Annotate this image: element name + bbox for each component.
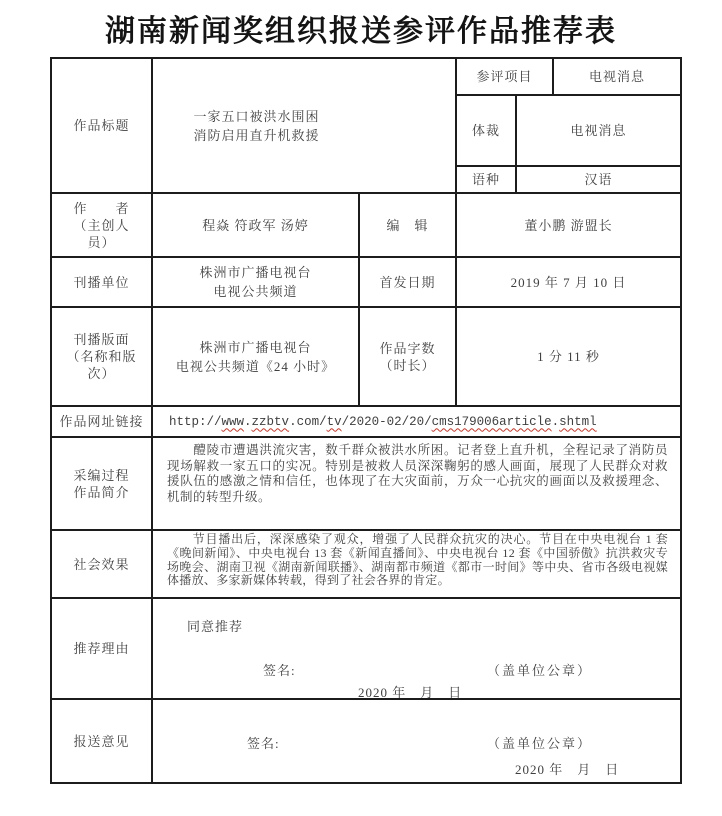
page-title: 湖南新闻奖组织报送参评作品推荐表 <box>0 6 722 50</box>
url-segment: http:// <box>169 415 222 429</box>
label-editor: 编 辑 <box>359 193 456 257</box>
work-title-value: 一家五口被洪水围困消防启用直升机救援 <box>152 58 456 193</box>
label-language: 语种 <box>456 166 516 193</box>
label-submit-opinion: 报送意见 <box>51 699 152 783</box>
row-recommend-reason: 推荐理由 同意推荐 签名: （盖单位公章） 2020 年 月 日 <box>51 598 681 699</box>
submit-date-blank: 2020 年 月 日 <box>515 759 619 778</box>
row-publish-unit: 刊播单位 株洲市广播电视台电视公共频道 首发日期 2019 年 7 月 10 日 <box>51 257 681 307</box>
submit-opinion-content: 签名: （盖单位公章） 2020 年 月 日 <box>153 701 680 781</box>
submit-opinion-cell: 签名: （盖单位公章） 2020 年 月 日 <box>152 699 681 783</box>
url-segment: /2020-02/20/ <box>342 415 432 429</box>
authors-value: 程焱 符政军 汤婷 <box>152 193 359 257</box>
url-segment-misspelled: shtml <box>559 415 597 429</box>
url-segment-misspelled: zzbtv <box>252 415 290 429</box>
publish-page-value: 株洲市广播电视台电视公共频道《24 小时》 <box>152 307 359 406</box>
row-author-editor: 作 者（主创人员） 程焱 符政军 汤婷 编 辑 董小鹏 游盟长 <box>51 193 681 257</box>
work-url-value: http://www.zzbtv.com/tv/2020-02/20/cms17… <box>152 406 681 437</box>
url-segment-misspelled: tv <box>327 415 342 429</box>
label-work-title: 作品标题 <box>51 58 152 193</box>
recommend-sign-label: 签名: <box>263 660 296 679</box>
label-word-count: 作品字数（时长） <box>359 307 456 406</box>
url-segment-misspelled: www <box>222 415 245 429</box>
row-work-title: 作品标题 一家五口被洪水围困消防启用直升机救援 参评项目 电视消息 <box>51 58 681 95</box>
recommend-reason-content: 同意推荐 签名: （盖单位公章） 2020 年 月 日 <box>153 600 680 697</box>
submit-sign-label: 签名: <box>247 733 280 752</box>
label-publish-page: 刊播版面（名称和版次） <box>51 307 152 406</box>
recommend-seal-note: （盖单位公章） <box>487 660 592 679</box>
entry-category-value: 电视消息 <box>553 58 681 95</box>
social-effect-value: 节目播出后，深深感染了观众，增强了人民群众抗灾的决心。节目在中央电视台 1 套《… <box>152 530 681 598</box>
row-social-effect: 社会效果 节目播出后，深深感染了观众，增强了人民群众抗灾的决心。节目在中央电视台… <box>51 530 681 598</box>
row-submit-opinion: 报送意见 签名: （盖单位公章） 2020 年 月 日 <box>51 699 681 783</box>
label-work-url: 作品网址链接 <box>51 406 152 437</box>
label-social-effect: 社会效果 <box>51 530 152 598</box>
label-first-air-date: 首发日期 <box>359 257 456 307</box>
url-segment: .com/ <box>289 415 327 429</box>
recommend-agree-text: 同意推荐 <box>187 616 243 635</box>
label-recommend-reason: 推荐理由 <box>51 598 152 699</box>
duration-value: 1 分 11 秒 <box>456 307 681 406</box>
row-publish-page: 刊播版面（名称和版次） 株洲市广播电视台电视公共频道《24 小时》 作品字数（时… <box>51 307 681 406</box>
document-page: 湖南新闻奖组织报送参评作品推荐表 作品标题 一家五口被洪水围困消防启用直升机救援… <box>0 0 722 816</box>
label-process-intro: 采编过程作品简介 <box>51 437 152 530</box>
label-entry-category: 参评项目 <box>456 58 553 95</box>
label-genre: 体裁 <box>456 95 516 166</box>
label-author: 作 者（主创人员） <box>51 193 152 257</box>
first-air-date-value: 2019 年 7 月 10 日 <box>456 257 681 307</box>
publish-unit-value: 株洲市广播电视台电视公共频道 <box>152 257 359 307</box>
submit-seal-note: （盖单位公章） <box>487 733 592 752</box>
recommend-date-blank: 2020 年 月 日 <box>358 682 462 699</box>
url-segment-misspelled: cms179006article <box>432 415 552 429</box>
row-work-url: 作品网址链接 http://www.zzbtv.com/tv/2020-02/2… <box>51 406 681 437</box>
recommendation-form-table: 作品标题 一家五口被洪水围困消防启用直升机救援 参评项目 电视消息 体裁 电视消… <box>50 57 682 784</box>
process-intro-value: 醴陵市遭遇洪流灾害，数千群众被洪水所困。记者登上直升机，全程记录了消防员现场解救… <box>152 437 681 530</box>
genre-value: 电视消息 <box>516 95 681 166</box>
editors-value: 董小鹏 游盟长 <box>456 193 681 257</box>
label-publish-unit: 刊播单位 <box>51 257 152 307</box>
url-segment: . <box>244 415 252 429</box>
row-process-intro: 采编过程作品简介 醴陵市遭遇洪流灾害，数千群众被洪水所困。记者登上直升机，全程记… <box>51 437 681 530</box>
language-value: 汉语 <box>516 166 681 193</box>
recommend-reason-cell: 同意推荐 签名: （盖单位公章） 2020 年 月 日 <box>152 598 681 699</box>
